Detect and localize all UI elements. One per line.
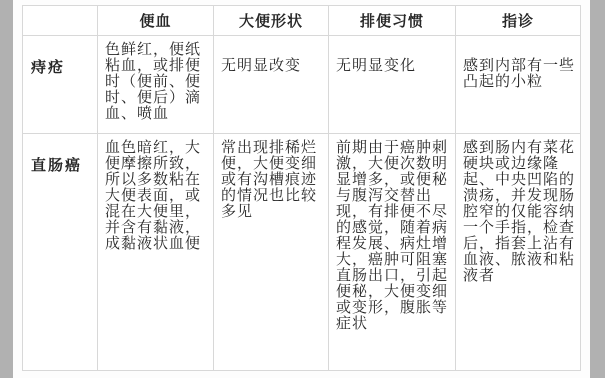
col-header-bowel-habits: 排便习惯 [329,6,456,36]
row-hemorrhoids: 痔疮 色鲜红，便纸粘血，或排便时（便前、便时、便后）滴血、喷血 无明显改变 无明… [23,36,581,134]
corner-cell [23,6,98,36]
header-row: 便血 大便形状 排便习惯 指诊 [23,6,581,36]
col-header-blood-in-stool: 便血 [98,6,214,36]
cell-rectal-cancer-blood-in-stool: 血色暗红，大便摩擦所致，所以多数粘在大便表面，或混在大便里，并含有黏液，成黏液状… [98,134,214,371]
cell-hemorrhoids-blood-in-stool: 色鲜红，便纸粘血，或排便时（便前、便时、便后）滴血、喷血 [98,36,214,134]
col-header-digital-exam: 指诊 [456,6,581,36]
cell-rectal-cancer-bowel-habits: 前期由于癌肿刺激，大便次数明显增多，或便秘与腹泻交替出现，有排便不尽的感觉，随着… [329,134,456,371]
cell-rectal-cancer-digital-exam: 感到肠内有菜花硬块或边缘隆起、中央凹陷的溃疡，并发现肠腔窄的仅能容纳一个手指，检… [456,134,581,371]
comparison-table: 便血 大便形状 排便习惯 指诊 痔疮 色鲜红，便纸粘血，或排便时（便前、便时、便… [22,5,581,371]
row-label-hemorrhoids: 痔疮 [23,36,98,134]
col-header-stool-shape: 大便形状 [214,6,329,36]
cell-rectal-cancer-stool-shape: 常出现排稀烂便，大便变细或有沟槽痕迹的情况也比较多见 [214,134,329,371]
cell-hemorrhoids-digital-exam: 感到内部有一些凸起的小粒 [456,36,581,134]
cell-hemorrhoids-bowel-habits: 无明显变化 [329,36,456,134]
page: 便血 大便形状 排便习惯 指诊 痔疮 色鲜红，便纸粘血，或排便时（便前、便时、便… [0,0,605,378]
right-margin-strip [590,0,605,378]
row-label-rectal-cancer: 直肠癌 [23,134,98,371]
row-rectal-cancer: 直肠癌 血色暗红，大便摩擦所致，所以多数粘在大便表面，或混在大便里，并含有黏液，… [23,134,581,371]
left-margin-strip [0,0,13,378]
cell-hemorrhoids-stool-shape: 无明显改变 [214,36,329,134]
